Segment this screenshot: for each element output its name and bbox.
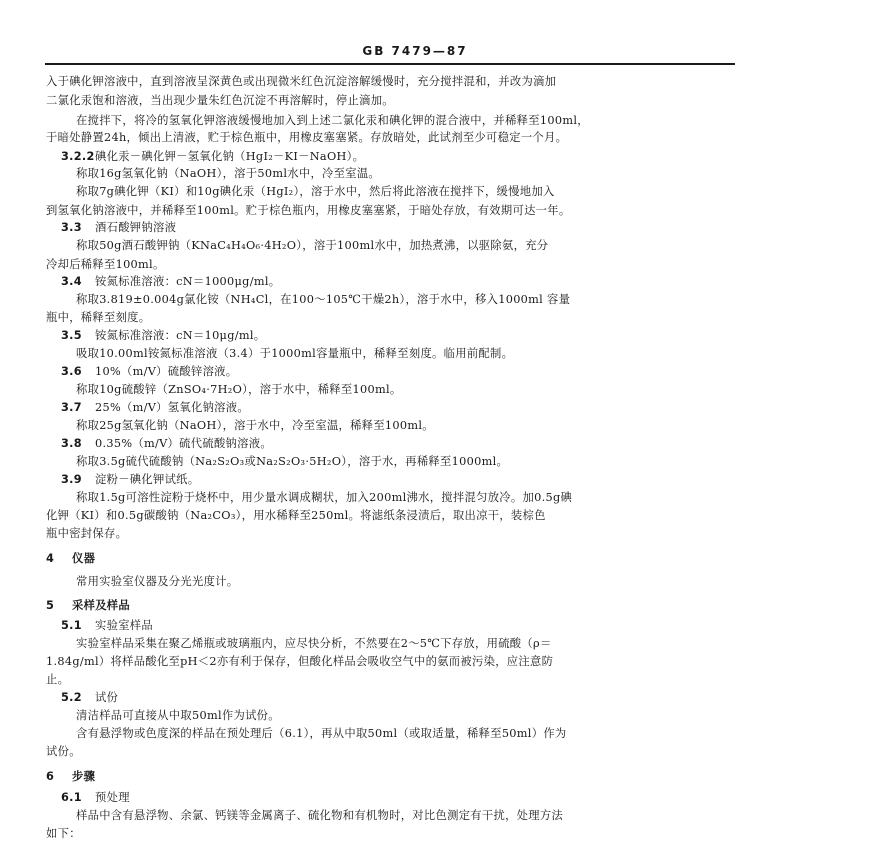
text-line: 称取10g硫酸锌（ZnSO₄·7H₂O），溶于水中，稀释至100ml。	[76, 382, 401, 398]
section-title: 酒石酸钾钠溶液	[95, 221, 176, 234]
section-title: 铵氮标准溶液：cN＝10μg/ml。	[95, 329, 265, 342]
text-line: 样品中含有悬浮物、余氯、钙镁等金属离子、硫化物和有机物时，对比色测定有干扰，处理…	[76, 808, 563, 824]
section-heading-3-6: 3.610%（m/V）硫酸锌溶液。	[61, 364, 237, 380]
section-title: 碘化汞－碘化钾－氢氧化钠（HgI₂－KI－NaOH）。	[95, 150, 364, 163]
text-line: 含有悬浮物或色度深的样品在预处理后（6.1），再从中取50ml（或取适量，稀释至…	[76, 726, 567, 742]
section-title: 25%（m/V）氢氧化钠溶液。	[95, 401, 249, 414]
section-heading-3-2-2: 3.2.2碘化汞－碘化钾－氢氧化钠（HgI₂－KI－NaOH）。	[61, 149, 364, 165]
section-number: 6.1	[61, 790, 95, 806]
chapter-title: 步骤	[72, 769, 95, 783]
chapter-title: 仪器	[72, 551, 95, 565]
text-line: 到氢氧化钠溶液中，并稀释至100ml。贮于棕色瓶内，用橡皮塞塞紧，于暗处存放，有…	[46, 203, 570, 219]
chapter-number: 5	[46, 598, 72, 614]
text-line: 常用实验室仪器及分光光度计。	[76, 574, 238, 590]
chapter-number: 4	[46, 551, 72, 567]
chapter-heading-6: 6步骤	[46, 768, 95, 785]
text-line: 称取3.819±0.004g氯化铵（NH₄Cl，在100～105℃干燥2h），溶…	[76, 292, 570, 308]
text-line: 称取7g碘化钾（KI）和10g碘化汞（HgI₂），溶于水中，然后将此溶液在搅拌下…	[76, 184, 555, 200]
chapter-heading-4: 4仪器	[46, 550, 95, 567]
section-number: 3.2.2	[61, 149, 95, 165]
text-line: 1.84g/ml）将样品酸化至pH＜2亦有利于保存，但酸化样品会吸收空气中的氨而…	[46, 654, 553, 670]
section-number: 3.5	[61, 328, 95, 344]
chapter-title: 采样及样品	[72, 598, 130, 612]
text-line: 在搅拌下，将冷的氢氧化钾溶液缓慢地加入到上述二氯化汞和碘化钾的混合液中，并稀释至…	[76, 113, 589, 129]
section-number: 5.2	[61, 690, 95, 706]
section-number: 3.7	[61, 400, 95, 416]
section-number: 3.6	[61, 364, 95, 380]
chapter-heading-5: 5采样及样品	[46, 597, 130, 614]
text-line: 称取1.5g可溶性淀粉于烧杯中，用少量水调成糊状，加入200ml沸水，搅拌混匀放…	[76, 490, 572, 506]
text-line: 二氯化汞饱和溶液，当出现少量朱红色沉淀不再溶解时，停止滴加。	[46, 93, 394, 109]
text-line: 吸取10.00ml铵氮标准溶液（3.4）于1000ml容量瓶中，稀释至刻度。临用…	[76, 346, 513, 362]
section-number: 3.9	[61, 472, 95, 488]
section-heading-5-2: 5.2试份	[61, 690, 118, 706]
text-line: 瓶中，稀释至刻度。	[46, 310, 150, 326]
section-title: 预处理	[95, 791, 130, 804]
section-title: 实验室样品	[95, 619, 153, 632]
chapter-number: 6	[46, 769, 72, 785]
section-heading-3-9: 3.9淀粉－碘化钾试纸。	[61, 472, 199, 488]
text-line: 称取25g氢氧化钠（NaOH），溶于水中，冷至室温，稀释至100ml。	[76, 418, 434, 434]
section-heading-6-1: 6.1预处理	[61, 790, 130, 806]
document-page: GB 7479—87 入于碘化钾溶液中，直到溶液呈深黄色或出现微米红色沉淀溶解缓…	[0, 0, 870, 842]
text-line: 称取3.5g硫代硫酸钠（Na₂S₂O₃或Na₂S₂O₃·5H₂O），溶于水，再稀…	[76, 454, 508, 470]
text-line: 化钾（KI）和0.5g碳酸钠（Na₂CO₃），用水稀释至250ml。将滤纸条浸渍…	[46, 508, 546, 524]
text-line: 止。	[46, 672, 69, 688]
section-number: 3.3	[61, 220, 95, 236]
header-rule	[45, 63, 735, 65]
section-title: 10%（m/V）硫酸锌溶液。	[95, 365, 237, 378]
section-number: 3.8	[61, 436, 95, 452]
text-line: 称取50g酒石酸钾钠（KNaC₄H₄O₆·4H₂O），溶于100ml水中，加热煮…	[76, 238, 548, 254]
section-number: 5.1	[61, 618, 95, 634]
text-line: 瓶中密封保存。	[46, 526, 127, 542]
text-line: 试份。	[46, 744, 81, 760]
section-heading-3-4: 3.4铵氮标准溶液：cN＝1000μg/ml。	[61, 274, 280, 290]
section-heading-3-7: 3.725%（m/V）氢氧化钠溶液。	[61, 400, 249, 416]
text-line: 冷却后稀释至100ml。	[46, 257, 165, 273]
text-line: 入于碘化钾溶液中，直到溶液呈深黄色或出现微米红色沉淀溶解缓慢时，充分搅拌混和，并…	[46, 74, 556, 90]
standard-code-header: GB 7479—87	[0, 44, 850, 58]
section-title: 试份	[95, 691, 118, 704]
section-title: 铵氮标准溶液：cN＝1000μg/ml。	[95, 275, 280, 288]
text-line: 称取16g氢氧化钠（NaOH），溶于50ml水中，冷至室温。	[76, 166, 380, 182]
section-heading-5-1: 5.1实验室样品	[61, 618, 153, 634]
text-line: 清洁样品可直接从中取50ml作为试份。	[76, 708, 280, 724]
section-heading-3-5: 3.5铵氮标准溶液：cN＝10μg/ml。	[61, 328, 265, 344]
section-heading-3-8: 3.80.35%（m/V）硫代硫酸钠溶液。	[61, 436, 272, 452]
text-line: 于暗处静置24h，倾出上清液，贮于棕色瓶中，用橡皮塞塞紧。存放暗处，此试剂至少可…	[46, 130, 567, 146]
section-title: 淀粉－碘化钾试纸。	[95, 473, 199, 486]
section-title: 0.35%（m/V）硫代硫酸钠溶液。	[95, 437, 272, 450]
text-line: 实验室样品采集在聚乙烯瓶或玻璃瓶内，应尽快分析，不然要在2～5℃下存放，用硫酸（…	[76, 636, 552, 652]
section-heading-3-3: 3.3酒石酸钾钠溶液	[61, 220, 176, 236]
text-line: 如下：	[46, 826, 81, 842]
section-number: 3.4	[61, 274, 95, 290]
